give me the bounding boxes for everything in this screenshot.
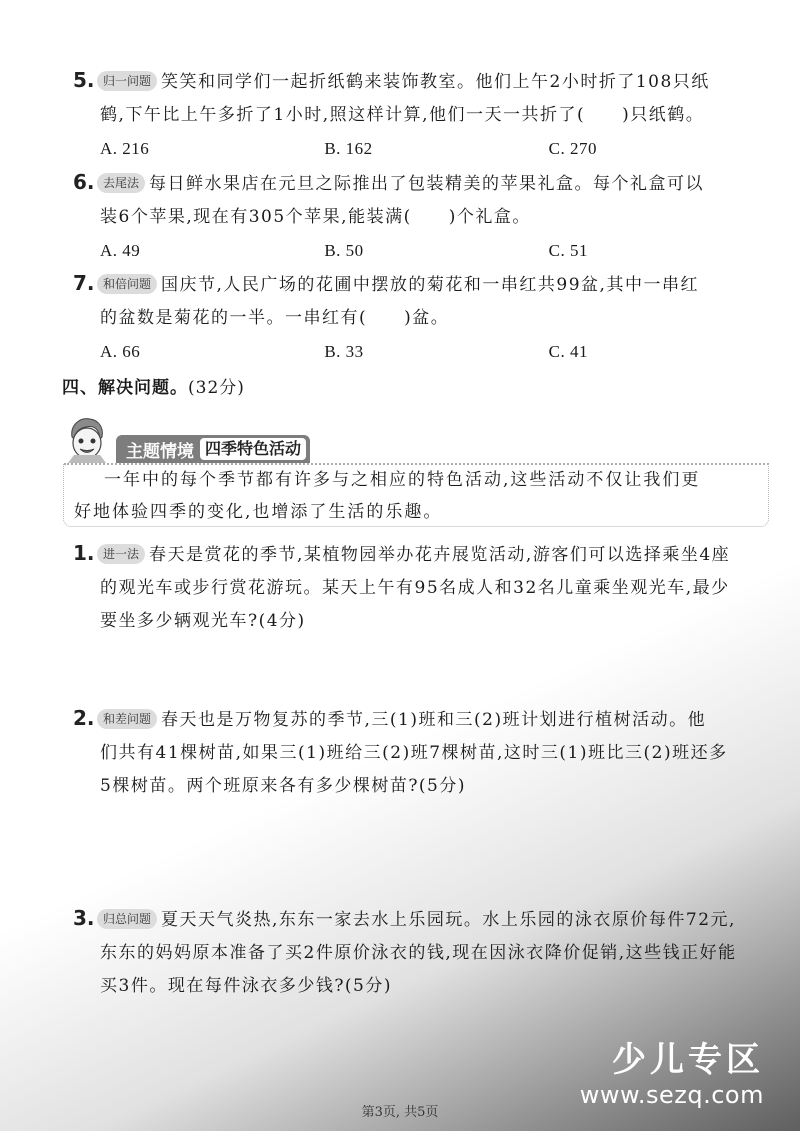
question-text: 装6个苹果,现在有305个苹果,能装满( )个礼盒。 [73,201,773,234]
problem-number: 2. [73,702,97,735]
problem-tag: 进一法 [97,544,145,564]
question-number: 6. [73,166,97,199]
options-row: A. 216 B. 162 C. 270 [73,132,773,165]
problem-text: 们共有41棵树苗,如果三(1)班给三(2)班7棵树苗,这时三(1)班比三(2)班… [73,737,773,770]
problem-tag: 归总问题 [97,909,157,929]
problem-text: 春天也是万物复苏的季节,三(1)班和三(2)班计划进行植树活动。他 [161,710,706,730]
option-c: C. 270 [549,132,773,165]
question-tag: 和倍问题 [97,274,157,294]
option-a: A. 216 [100,132,324,165]
theme-banner: 主题情境 四季特色活动 [64,415,769,463]
question-tag: 去尾法 [97,173,145,193]
option-a: A. 66 [100,335,324,368]
watermark: 少儿专区 www.sezq.com [580,1040,764,1110]
problem-text: 东东的妈妈原本准备了买2件原价泳衣的钱,现在因泳衣降价促销,这些钱正好能 [73,937,773,970]
question-text: 笑笑和同学们一起折纸鹤来装饰教室。他们上午2小时折了108只纸 [161,72,710,92]
problem-text: 5棵树苗。两个班原来各有多少棵树苗?(5分) [73,770,773,803]
problem-3: 3.归总问题夏天天气炎热,东东一家去水上乐园玩。水上乐园的泳衣原价每件72元, … [73,902,773,1003]
choice-question-6: 6.去尾法每日鲜水果店在元旦之际推出了包装精美的苹果礼盒。每个礼盒可以 装6个苹… [73,166,773,267]
kid-avatar-icon [64,415,110,463]
option-b: B. 33 [324,335,548,368]
section-points: (32分) [188,378,245,398]
question-tag: 归一问题 [97,71,157,91]
choice-question-7: 7.和倍问题国庆节,人民广场的花圃中摆放的菊花和一串红共99盆,其中一串红 的盆… [73,267,773,368]
watermark-brand: 少儿专区 [580,1040,764,1080]
question-text: 鹤,下午比上午多折了1小时,照这样计算,他们一天一共折了( )只纸鹤。 [73,99,773,132]
theme-label-text: 主题情境 [126,437,194,462]
section-title: 四、解决问题。 [62,378,188,398]
question-number: 5. [73,64,97,97]
theme-intro-box: 一年中的每个季节都有许多与之相应的特色活动,这些活动不仅让我们更 好地体验四季的… [63,464,769,527]
problem-text: 买3件。现在每件泳衣多少钱?(5分) [73,970,773,1003]
problem-2: 2.和差问题春天也是万物复苏的季节,三(1)班和三(2)班计划进行植树活动。他 … [73,702,773,803]
theme-name: 四季特色活动 [200,438,306,460]
problem-text: 夏天天气炎热,东东一家去水上乐园玩。水上乐园的泳衣原价每件72元, [161,910,736,930]
problem-number: 3. [73,902,97,935]
question-text: 的盆数是菊花的一半。一串红有( )盆。 [73,302,773,335]
option-a: A. 49 [100,234,324,267]
question-text: 国庆节,人民广场的花圃中摆放的菊花和一串红共99盆,其中一串红 [161,275,699,295]
option-b: B. 50 [324,234,548,267]
choice-question-5: 5.归一问题笑笑和同学们一起折纸鹤来装饰教室。他们上午2小时折了108只纸 鹤,… [73,64,773,165]
section-heading: 四、解决问题。(32分) [62,373,245,398]
intro-text: 好地体验四季的变化,也增添了生活的乐趣。 [64,496,768,528]
problem-text: 的观光车或步行赏花游玩。某天上午有95名成人和32名儿童乘坐观光车,最少 [73,572,773,605]
options-row: A. 66 B. 33 C. 41 [73,335,773,368]
option-c: C. 51 [549,234,773,267]
question-text: 每日鲜水果店在元旦之际推出了包装精美的苹果礼盒。每个礼盒可以 [149,174,704,194]
problem-text: 要坐多少辆观光车?(4分) [73,605,773,638]
question-number: 7. [73,267,97,300]
theme-label: 主题情境 四季特色活动 [116,435,310,463]
intro-text: 一年中的每个季节都有许多与之相应的特色活动,这些活动不仅让我们更 [64,464,768,496]
option-b: B. 162 [324,132,548,165]
options-row: A. 49 B. 50 C. 51 [73,234,773,267]
problem-text: 春天是赏花的季节,某植物园举办花卉展览活动,游客们可以选择乘坐4座 [149,545,730,565]
problem-1: 1.进一法春天是赏花的季节,某植物园举办花卉展览活动,游客们可以选择乘坐4座 的… [73,537,773,638]
option-c: C. 41 [549,335,773,368]
problem-number: 1. [73,537,97,570]
problem-tag: 和差问题 [97,709,157,729]
page-number: 第3页, 共5页 [0,1101,800,1120]
